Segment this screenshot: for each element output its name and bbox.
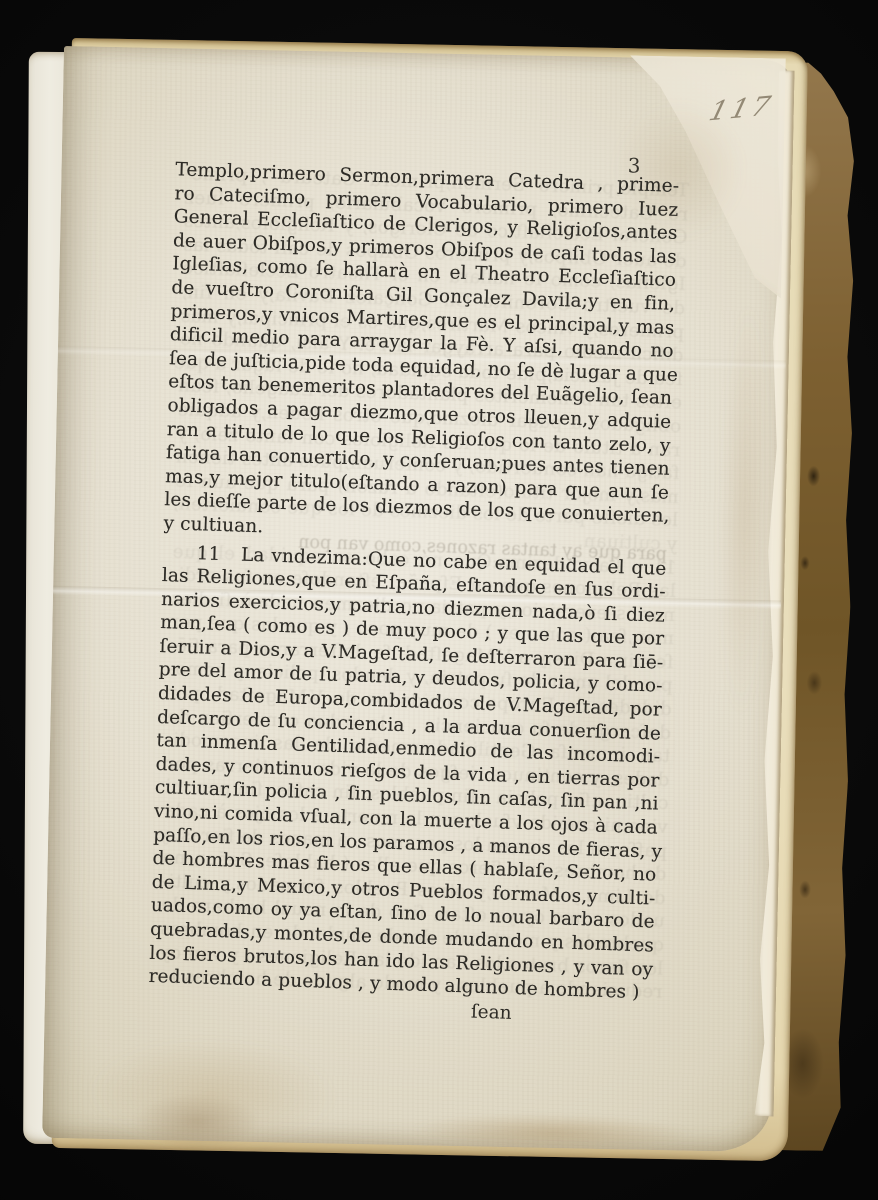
text-block: Templo,primero Sermon,primera Catedra , … bbox=[147, 158, 679, 1030]
paragraph: 11 La vndezima:Que no cabe en equidad el… bbox=[148, 541, 667, 1006]
book-photograph: 117 3 Templo,primero Sermon,primera Cate… bbox=[0, 0, 878, 1200]
paragraph: Templo,primero Sermon,primera Catedra , … bbox=[163, 158, 679, 552]
book-page: 117 3 Templo,primero Sermon,primera Cate… bbox=[42, 46, 792, 1152]
